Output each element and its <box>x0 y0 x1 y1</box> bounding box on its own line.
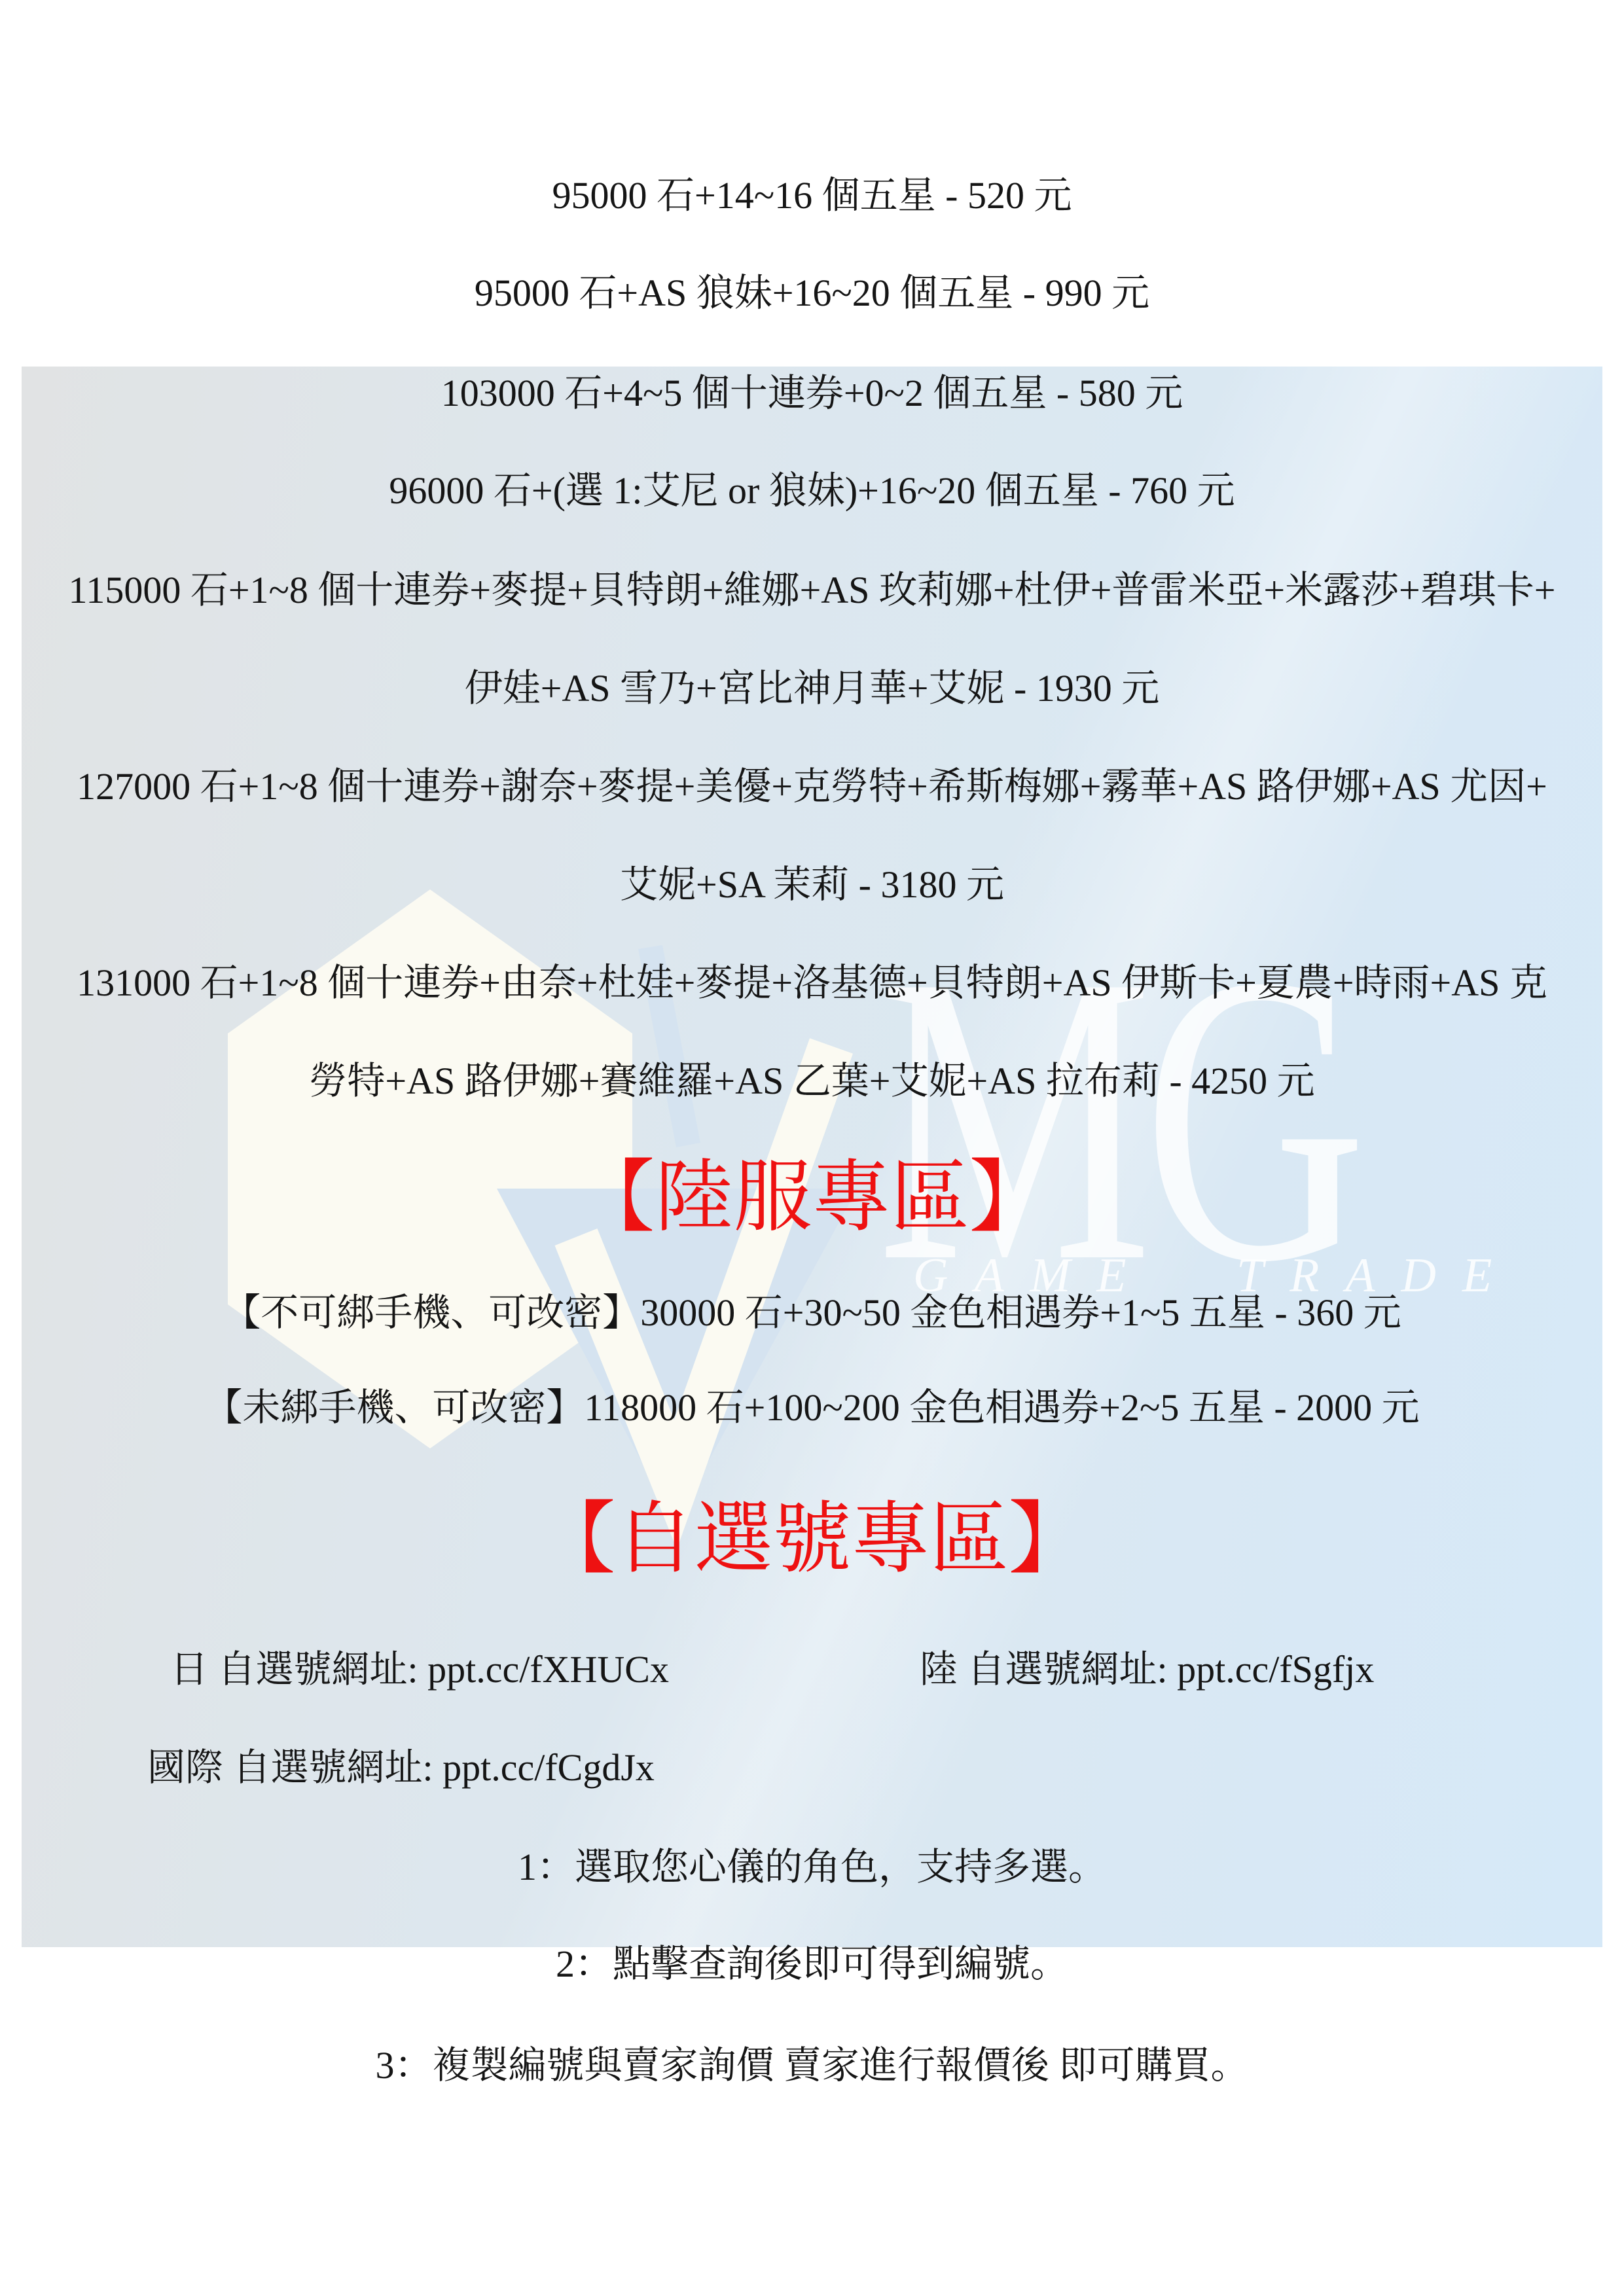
instruction-step: 1：選取您心儀的角色，支持多選。 <box>0 1848 1624 1888</box>
section-heading-custom-pick: 【自選號專區】 <box>0 1500 1624 1579</box>
pick-url-global-link: ppt.cc/fCgdJx <box>442 1746 655 1789</box>
price-line: 【不可綁手機、可改密】30000 石+30~50 金色相遇券+1~5 五星 - … <box>0 1293 1624 1333</box>
pick-url-jp-label: 日 自選號網址: <box>170 1648 418 1691</box>
flyer-page: MG GAME TRADE 95000 石+14~16 個五星 - 520 元 … <box>0 0 1624 2296</box>
price-line: 95000 石+14~16 個五星 - 520 元 <box>0 176 1624 216</box>
pick-url-jp: 日 自選號網址: ppt.cc/fXHUCx <box>170 1650 669 1690</box>
pick-url-global: 國際 自選號網址: ppt.cc/fCgdJx <box>147 1748 655 1788</box>
price-line: 103000 石+4~5 個十連券+0~2 個五星 - 580 元 <box>0 374 1624 414</box>
pick-url-cn: 陸 自選號網址: ppt.cc/fSgfjx <box>920 1650 1374 1690</box>
price-line: 艾妮+SA 茉莉 - 3180 元 <box>0 865 1624 905</box>
section-heading-cn-server: 【陸服專區】 <box>0 1158 1624 1237</box>
pick-url-cn-link: ppt.cc/fSgfjx <box>1177 1648 1374 1691</box>
price-line: 伊娃+AS 雪乃+宮比神月華+艾妮 - 1930 元 <box>0 669 1624 709</box>
price-line: 96000 石+(選 1:艾尼 or 狼妹)+16~20 個五星 - 760 元 <box>0 471 1624 511</box>
instruction-step: 3：複製編號與賣家詢價 賣家進行報價後 即可購買。 <box>0 2046 1624 2086</box>
pick-url-global-label: 國際 自選號網址: <box>147 1746 433 1789</box>
price-line: 95000 石+AS 狼妹+16~20 個五星 - 990 元 <box>0 274 1624 314</box>
pick-url-jp-link: ppt.cc/fXHUCx <box>427 1648 669 1691</box>
price-line: 115000 石+1~8 個十連券+麥提+貝特朗+維娜+AS 玫莉娜+杜伊+普雷… <box>0 571 1624 611</box>
pick-url-cn-label: 陸 自選號網址: <box>920 1648 1168 1691</box>
price-line: 勞特+AS 路伊娜+賽維羅+AS 乙葉+艾妮+AS 拉布莉 - 4250 元 <box>0 1062 1624 1102</box>
instruction-step: 2：點擊查詢後即可得到編號。 <box>0 1945 1624 1984</box>
price-line: 131000 石+1~8 個十連券+由奈+杜娃+麥提+洛基德+貝特朗+AS 伊斯… <box>0 963 1624 1003</box>
price-line: 127000 石+1~8 個十連券+謝奈+麥提+美優+克勞特+希斯梅娜+霧華+A… <box>0 767 1624 807</box>
price-line: 【未綁手機、可改密】118000 石+100~200 金色相遇券+2~5 五星 … <box>0 1388 1624 1428</box>
